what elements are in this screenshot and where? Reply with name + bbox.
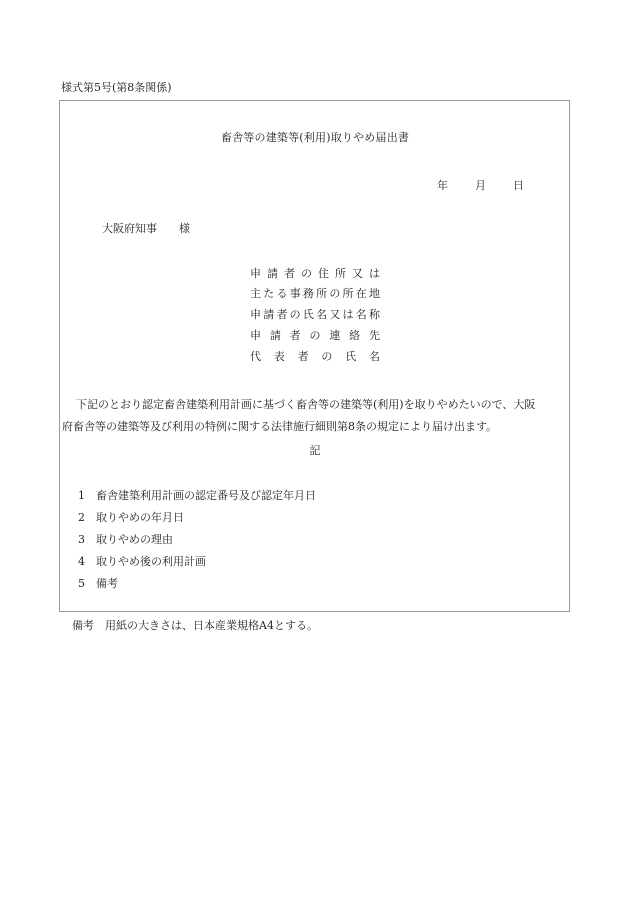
applicant-field-label: 申請者の氏名又は名称 <box>250 309 380 320</box>
item-label: 取りやめの年月日 <box>96 511 184 524</box>
list-item: 2取りやめの年月日 <box>78 512 184 523</box>
applicant-field-contact: 申請者の連絡先 <box>250 330 380 341</box>
item-number: 2 <box>78 512 96 523</box>
document-title: 畜舎等の建築等(利用)取りやめ届出書 <box>0 132 630 143</box>
body-text-line-1: 下記のとおり認定畜舎建築利用計画に基づく畜舎等の建築等(利用)を取りやめたいので… <box>76 399 535 410</box>
applicant-field-label: 申請者の連絡先 <box>250 330 380 341</box>
date-day: 日 <box>513 180 524 191</box>
form-number-label: 様式第5号(第8条関係) <box>61 82 172 93</box>
item-label: 取りやめ後の利用計画 <box>96 555 206 568</box>
applicant-field-address-2: 主たる事務所の所在地 <box>250 288 380 299</box>
date-month: 月 <box>475 180 513 191</box>
applicant-field-label: 代表者の氏名 <box>250 351 380 362</box>
date-line: 年月日 <box>437 180 524 191</box>
applicant-field-name: 申請者の氏名又は名称 <box>250 309 380 320</box>
list-item: 3取りやめの理由 <box>78 534 173 545</box>
item-number: 5 <box>78 578 96 589</box>
ki-heading: 記 <box>0 445 630 456</box>
list-item: 4取りやめ後の利用計画 <box>78 556 206 567</box>
body-text-line-2: 府畜舎等の建築等及び利用の特例に関する法律施行細則第8条の規定により届け出ます。 <box>62 421 497 432</box>
applicant-field-label: 主たる事務所の所在地 <box>250 288 380 299</box>
date-year: 年 <box>437 180 475 191</box>
footnote: 備考 用紙の大きさは、日本産業規格A4とする。 <box>72 620 318 631</box>
item-number: 4 <box>78 556 96 567</box>
applicant-field-representative: 代表者の氏名 <box>250 351 380 362</box>
addressee: 大阪府知事 様 <box>102 223 190 234</box>
applicant-field-label: 申請者の住所又は <box>250 268 380 279</box>
item-number: 1 <box>78 490 96 501</box>
item-number: 3 <box>78 534 96 545</box>
list-item: 5備考 <box>78 578 118 589</box>
item-label: 備考 <box>96 577 118 590</box>
item-label: 畜舎建築利用計画の認定番号及び認定年月日 <box>96 489 316 502</box>
item-label: 取りやめの理由 <box>96 533 173 546</box>
applicant-field-address-1: 申請者の住所又は <box>250 268 380 279</box>
list-item: 1畜舎建築利用計画の認定番号及び認定年月日 <box>78 490 316 501</box>
